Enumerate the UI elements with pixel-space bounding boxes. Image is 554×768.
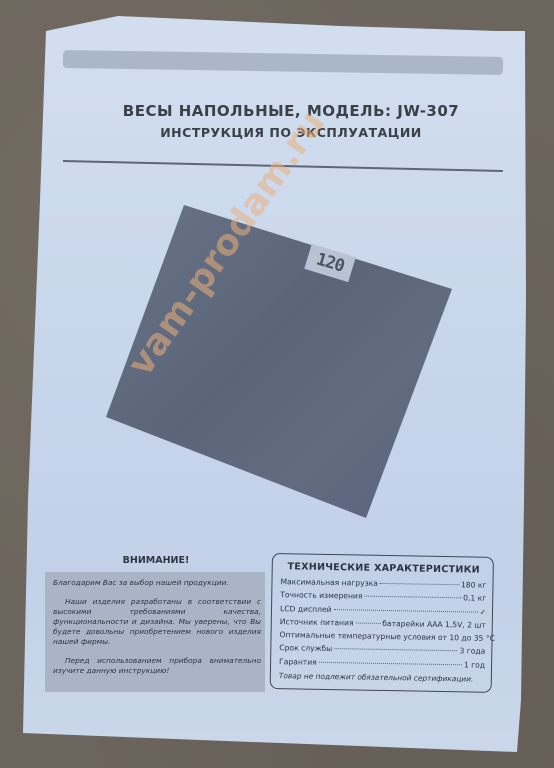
attention-paragraph: Перед использованием прибора внимательно…	[53, 656, 261, 676]
attention-paragraph: Благодарим Вас за выбор нашей продукции.	[53, 578, 261, 588]
dot-leader	[334, 649, 457, 652]
spec-label: Источник питания	[280, 617, 354, 627]
dot-leader	[380, 583, 459, 585]
dot-leader	[334, 609, 478, 613]
spec-label: Срок службы	[279, 644, 332, 654]
dot-leader	[356, 622, 381, 623]
spec-label: Максимальная нагрузка	[280, 577, 378, 588]
spec-value: 0,1 кг	[463, 594, 486, 603]
instruction-sheet: ВЕСЫ НАПОЛЬНЫЕ, МОДЕЛЬ: JW-307 ИНСТРУКЦИ…	[0, 0, 554, 768]
spec-value: 180 кг	[461, 580, 487, 589]
spec-value: батарейки ААА 1,5V, 2 шт	[382, 619, 486, 630]
spec-value: 3 года	[459, 647, 485, 656]
dot-leader	[364, 596, 461, 599]
attention-box: Благодарим Вас за выбор нашей продукции.…	[45, 572, 265, 692]
spec-value: 1 год	[464, 660, 485, 669]
attention-paragraph: Наши изделия разработаны в соответствии …	[53, 597, 261, 647]
spec-label: Точность измерения	[280, 590, 362, 600]
document-title: ВЕСЫ НАПОЛЬНЫЕ, МОДЕЛЬ: JW-307	[14, 102, 554, 120]
attention-heading: ВНИМАНИЕ!	[40, 555, 272, 566]
lcd-reading: 120	[314, 249, 346, 276]
dot-leader	[319, 662, 462, 665]
checkmark-icon: ✓	[480, 607, 487, 616]
spec-label: Гарантия	[279, 657, 317, 667]
specifications-box: ТЕХНИЧЕСКИЕ ХАРАКТЕРИСТИКИ Максимальная …	[270, 553, 494, 693]
spec-label: LCD дисплей	[280, 604, 332, 614]
header-decorative-bar	[63, 50, 503, 75]
specifications-heading: ТЕХНИЧЕСКИЕ ХАРАКТЕРИСТИКИ	[281, 561, 487, 576]
